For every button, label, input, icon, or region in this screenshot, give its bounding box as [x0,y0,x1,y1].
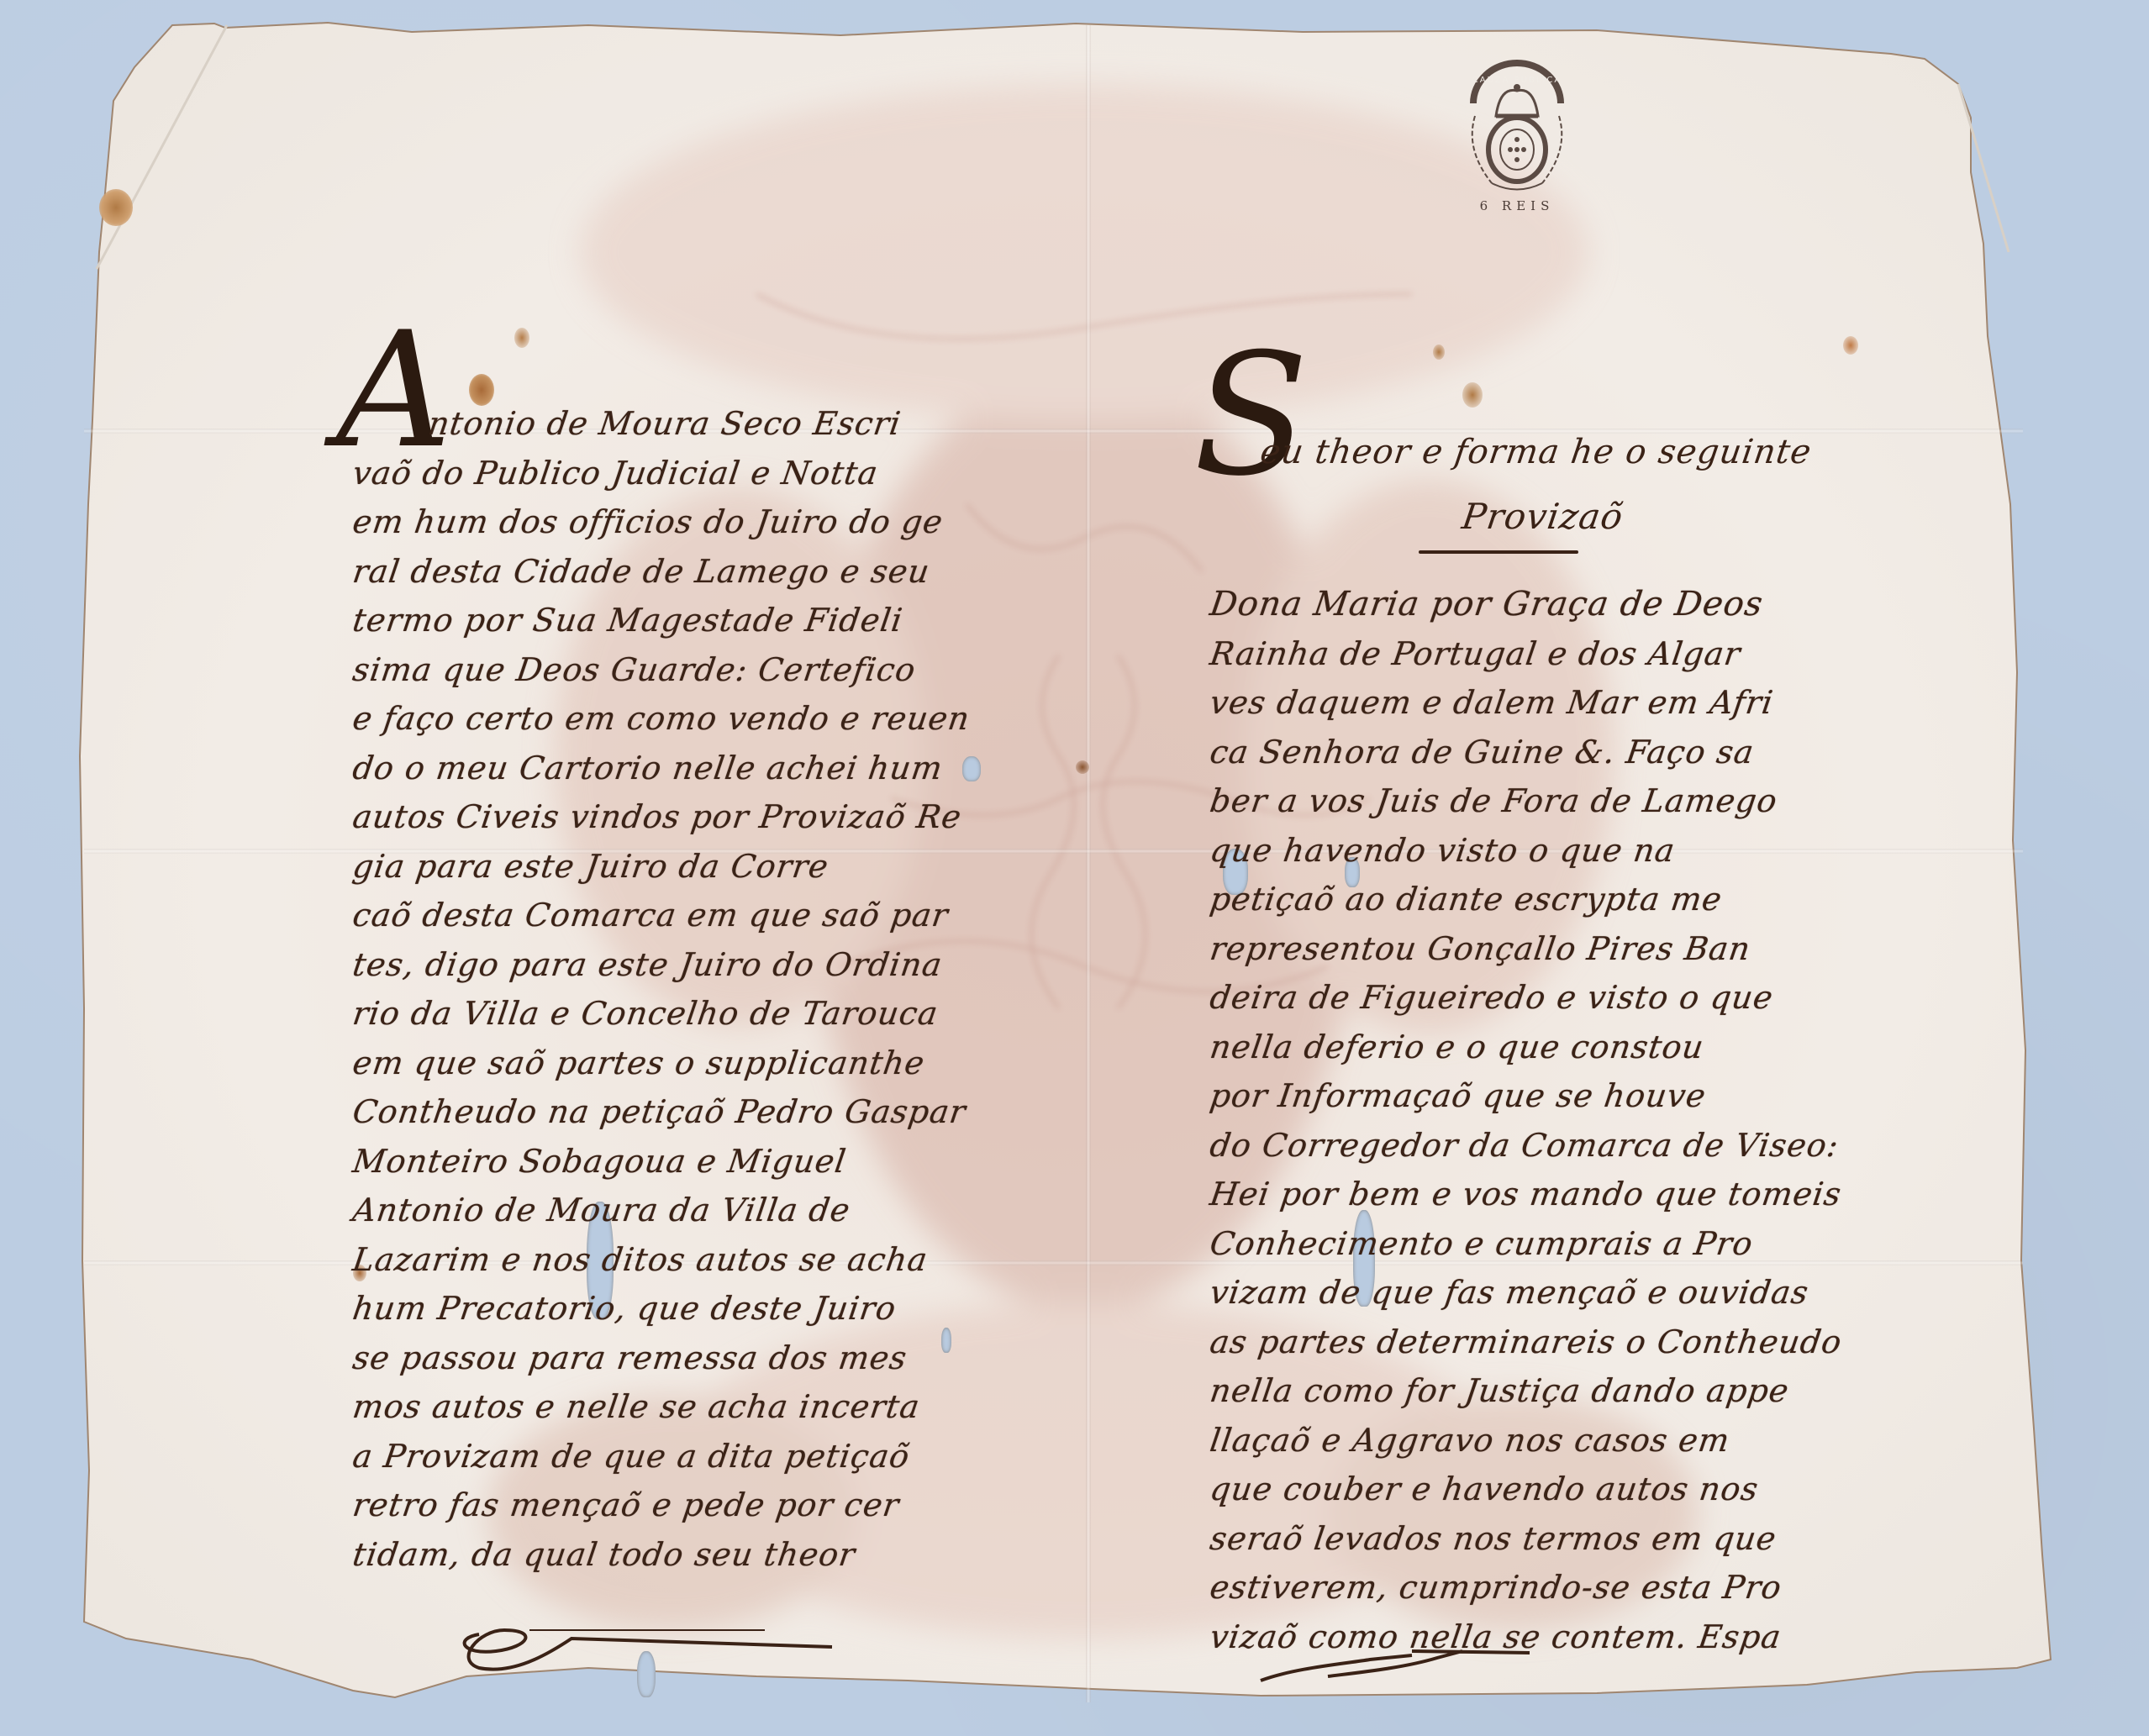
heading-line: eu theor e forma he o seguinte [1258,433,1952,471]
text-line: em que saõ partes o supplicanthe [350,1039,1062,1088]
text-line: Conhecimento e cumprais a Pro [1207,1219,1936,1269]
provisao-title: Provizaõ [1460,496,1626,537]
tax-stamp: CAUZA PUBLICA 6 REIS [1458,57,1576,217]
text-line: ves daquem e dalem Mar em Afri [1207,678,1936,728]
left-text-column: ntonio de Moura Seco Escri vaõ do Public… [353,399,1059,1579]
text-line: se passou para remessa dos mes [350,1334,1062,1383]
decorated-initial-right: S [1193,332,1309,500]
text-line: llaçaõ e Aggravo nos casos em [1207,1416,1936,1465]
royal-arms-icon: CAUZA PUBLICA [1458,57,1576,200]
text-line: Dona Maria por Graça de Deos [1207,580,1936,629]
signature-flourish-left [445,1609,849,1676]
text-line: gia para este Juiro da Corre [350,842,1062,892]
right-text-column: Dona Maria por Graça de Deos Rainha de P… [1210,580,1933,1661]
text-line: nella deferio e o que constou [1207,1023,1936,1072]
text-line: em hum dos officios do Juiro do ge [350,497,1062,547]
text-line: e faço certo em como vendo e reuen [350,694,1062,744]
text-line: petiçaõ ao diante escrypta me [1207,875,1936,924]
text-line: ral desta Cidade de Lamego e seu [350,547,1062,597]
signature-flourish-right [1244,1643,1580,1693]
text-line: deira de Figueiredo e visto o que [1207,973,1936,1023]
text-line: tidam, da qual todo seu theor [350,1530,1062,1580]
text-line: Monteiro Sobagoua e Miguel [350,1137,1062,1186]
text-line: que couber e havendo autos nos [1207,1465,1936,1514]
text-line: Antonio de Moura da Villa de [350,1186,1062,1235]
text-line: caõ desta Comarca em que saõ par [350,891,1062,940]
text-line: Rainha de Portugal e dos Algar [1207,629,1936,679]
svg-text:CAUZA PUBLICA: CAUZA PUBLICA [1472,76,1562,85]
text-line: Hei por bem e vos mando que tomeis [1207,1170,1936,1219]
text-line: ber a vos Juis de Fora de Lamego [1207,776,1936,826]
text-line: que havendo visto o que na [1207,826,1936,876]
text-line: seraõ levados nos termos em que [1207,1514,1936,1564]
title-underline [1419,550,1578,554]
text-line: estiverem, cumprindo-se esta Pro [1207,1563,1936,1612]
text-line: retro fas mençaõ e pede por cer [350,1481,1062,1530]
text-line: do Corregedor da Comarca de Viseo: [1207,1121,1936,1170]
provisao-title-block: Provizaõ [1462,496,1623,537]
text-line: a Provizam de que a dita petiçaõ [350,1432,1062,1481]
text-line: representou Gonçallo Pires Ban [1207,924,1936,974]
text-line: por Informaçaõ que se houve [1207,1071,1936,1121]
text-line: ca Senhora de Guine &. Faço sa [1207,728,1936,777]
text-line: as partes determinareis o Contheudo [1207,1318,1936,1367]
text-line: autos Civeis vindos por Provizaõ Re [350,792,1062,842]
text-line: sima que Deos Guarde: Certefico [350,645,1062,695]
text-line: termo por Sua Magestade Fideli [350,596,1062,645]
text-line: nella como for Justiça dando appe [1207,1366,1936,1416]
text-line: tes, digo para este Juiro do Ordina [350,940,1062,990]
text-line: vaõ do Publico Judicial e Notta [350,449,1062,498]
text-line: rio da Villa e Concelho de Tarouca [350,989,1062,1039]
text-line: mos autos e nelle se acha incerta [350,1382,1062,1432]
text-line: vizam de que fas mençaõ e ouvidas [1207,1268,1936,1318]
stamp-value: 6 REIS [1458,198,1576,213]
right-heading: eu theor e forma he o seguinte [1261,433,1950,471]
text-line: Contheudo na petiçaõ Pedro Gaspar [350,1087,1062,1137]
text-line: hum Precatorio, que deste Juiro [350,1284,1062,1334]
text-line: ntonio de Moura Seco Escri [350,399,1062,449]
vertical-fold-crease [1086,25,1091,1702]
text-line: Lazarim e nos ditos autos se acha [350,1235,1062,1285]
text-line: do o meu Cartorio nelle achei hum [350,744,1062,793]
